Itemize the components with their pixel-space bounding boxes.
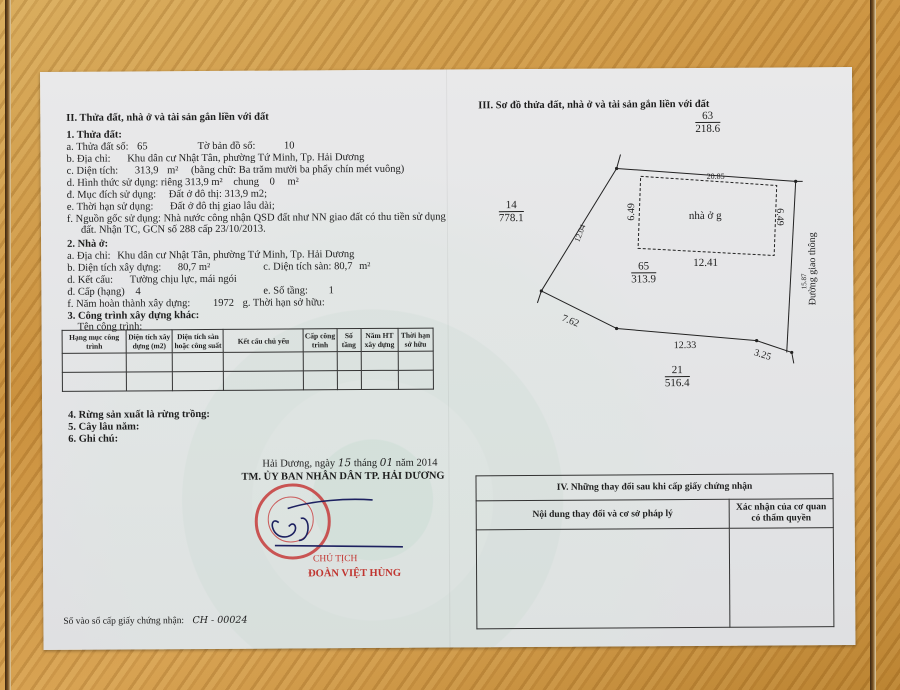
parcel-21-label: 21 516.4 — [665, 364, 690, 389]
land-certificate-document: II. Thửa đất, nhà ở và tài sản gắn liền … — [40, 67, 856, 650]
house-label: nhà ở g — [689, 210, 722, 222]
changes-table: IV. Những thay đổi sau khi cấp giấy chứn… — [475, 473, 834, 629]
changes-title: IV. Những thay đổi sau khi cấp giấy chứn… — [476, 474, 833, 501]
changes-col-content: Nội dung thay đổi và cơ sở pháp lý — [476, 499, 729, 530]
signer-name: ĐOÀN VIỆT HÙNG — [308, 567, 401, 581]
floor-seam — [5, 0, 11, 690]
changes-content-cell — [476, 528, 730, 629]
changes-col-confirmation: Xác nhận của cơ quan có thẩm quyền — [729, 499, 833, 529]
parcel-65-label: 65 313.9 — [631, 260, 656, 285]
house-bottom-length: 12.41 — [693, 257, 718, 269]
road-label: Đường giao thông — [807, 232, 818, 305]
parcel-diagram — [40, 67, 854, 472]
floor-seam — [870, 0, 876, 690]
edge-top-length: 20.85 — [707, 172, 725, 181]
house-right-length: 6.49 — [774, 208, 785, 226]
certificate-registry-number: Số vào sổ cấp giấy chứng nhận: CH - 0002… — [63, 615, 247, 627]
edge-bottom-mid-length: 12.33 — [674, 340, 697, 351]
signer-title: CHỦ TỊCH — [313, 554, 357, 564]
parcel-63-label: 63 218.6 — [695, 110, 720, 135]
parcel-14-label: 14 778.1 — [499, 199, 524, 224]
house-left-length: 6.49 — [626, 203, 637, 221]
changes-confirmation-cell — [729, 528, 834, 628]
